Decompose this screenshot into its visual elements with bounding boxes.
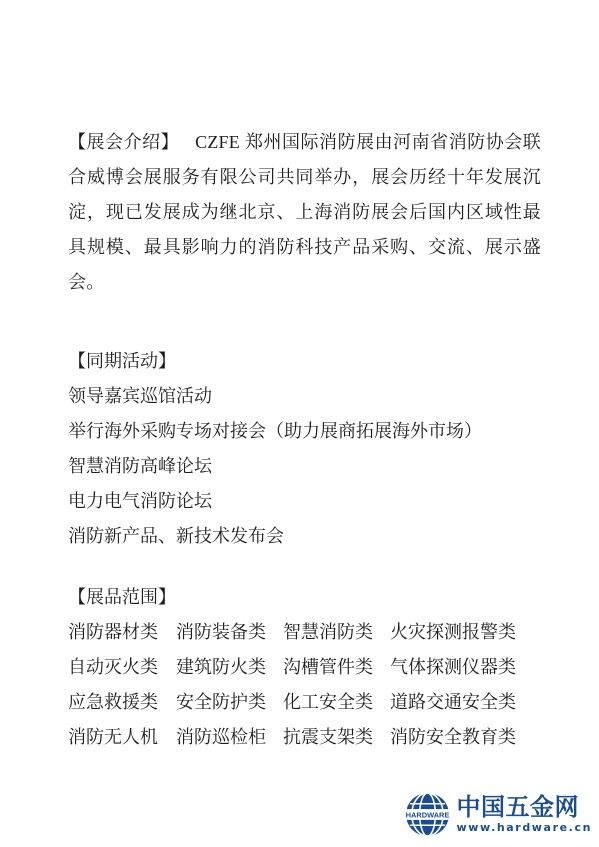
activities-heading: 【同期活动】	[68, 344, 541, 379]
scope-item: 化工安全类	[283, 685, 390, 720]
logo-text-block: 中国五金网 www.hardware.cn	[456, 795, 592, 834]
logo-site-name: 中国五金网	[456, 795, 579, 821]
scope-item: 沟槽管件类	[283, 650, 390, 685]
scope-item: 建筑防火类	[176, 650, 283, 685]
scope-item: 消防巡检柜	[176, 720, 283, 755]
scope-item: 消防安全教育类	[390, 720, 541, 755]
document-page: 【展会介绍】CZFE 郑州国际消防展由河南省消防协会联合威博会展服务有限公司共同…	[68, 125, 541, 755]
intro-paragraph: 【展会介绍】CZFE 郑州国际消防展由河南省消防协会联合威博会展服务有限公司共同…	[68, 125, 541, 300]
logo-site-url: www.hardware.cn	[456, 821, 592, 834]
activity-item: 电力电气消防论坛	[68, 484, 541, 519]
scope-item: 消防器材类	[68, 615, 176, 650]
scope-section: 【展品范围】 消防器材类 消防装备类 智慧消防类 火灾探测报警类 自动灭火类 建…	[68, 580, 541, 755]
activity-item: 消防新产品、新技术发布会	[68, 519, 541, 554]
activity-item: 举行海外采购专场对接会（助力展商拓展海外市场）	[68, 414, 541, 449]
globe-icon: HARDWARE	[404, 791, 451, 838]
scope-item: 自动灭火类	[68, 650, 176, 685]
scope-item: 消防装备类	[176, 615, 283, 650]
scope-grid: 消防器材类 消防装备类 智慧消防类 火灾探测报警类 自动灭火类 建筑防火类 沟槽…	[68, 615, 541, 755]
scope-heading: 【展品范围】	[68, 580, 541, 615]
hardware-watermark-logo: HARDWARE 中国五金网 www.hardware.cn	[404, 791, 592, 838]
scope-item: 火灾探测报警类	[390, 615, 541, 650]
scope-item: 智慧消防类	[283, 615, 390, 650]
scope-item: 气体探测仪器类	[390, 650, 541, 685]
scope-item: 道路交通安全类	[390, 685, 541, 720]
scope-item: 应急救援类	[68, 685, 176, 720]
activities-section: 【同期活动】 领导嘉宾巡馆活动 举行海外采购专场对接会（助力展商拓展海外市场） …	[68, 344, 541, 554]
activity-item: 领导嘉宾巡馆活动	[68, 379, 541, 414]
scope-item: 安全防护类	[176, 685, 283, 720]
intro-heading: 【展会介绍】	[68, 132, 179, 152]
scope-item: 抗震支架类	[283, 720, 390, 755]
intro-body: CZFE 郑州国际消防展由河南省消防协会联合威博会展服务有限公司共同举办，展会历…	[68, 132, 541, 292]
activity-item: 智慧消防高峰论坛	[68, 449, 541, 484]
scope-item: 消防无人机	[68, 720, 176, 755]
globe-banner-label: HARDWARE	[406, 811, 450, 820]
